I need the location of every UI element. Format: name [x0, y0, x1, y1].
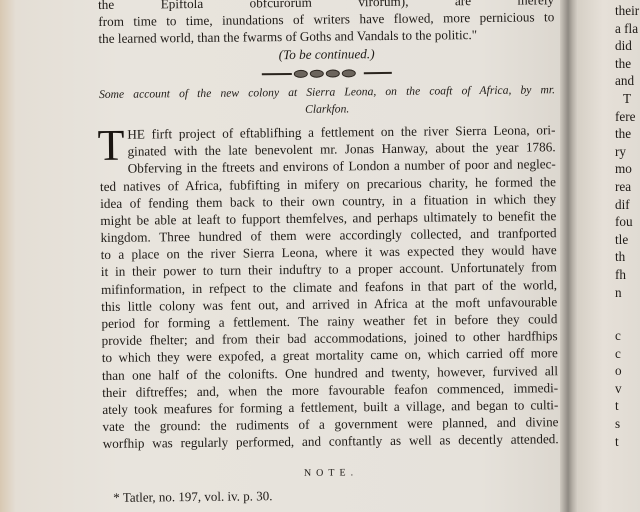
right-fragment: s	[615, 415, 639, 433]
bead-ornament-icon	[294, 69, 308, 77]
right-fragment: rea	[615, 178, 639, 196]
divider-rule-right	[364, 71, 392, 73]
note-title: NOTE.	[103, 462, 559, 485]
left-page-text: the Epiftola obfcurorum virorum), are me…	[98, 0, 559, 506]
right-fragment: t	[615, 397, 639, 415]
right-fragment: the	[615, 125, 639, 143]
right-fragment: tle	[615, 231, 639, 249]
ornamental-divider	[262, 68, 392, 77]
right-fragment: did	[615, 37, 639, 55]
right-fragment: th	[615, 248, 639, 266]
right-fragment: c	[615, 345, 639, 363]
article-body: T HE firft project of eftablifhing a fet…	[99, 121, 558, 452]
right-fragment: T	[615, 90, 639, 108]
right-fragment: o	[615, 362, 639, 380]
divider-beads	[294, 69, 356, 78]
right-fragment: c	[615, 327, 639, 345]
right-fragment: ry	[615, 143, 639, 161]
right-fragment: and	[615, 72, 639, 90]
book-gutter	[560, 0, 578, 512]
bead-ornament-icon	[326, 69, 340, 77]
right-page-text-fragments: their a fla did the and T fere the ry mo…	[615, 2, 639, 450]
right-fragment: mo	[615, 160, 639, 178]
bead-ornament-icon	[310, 69, 324, 77]
dropcap-letter: T	[97, 129, 124, 163]
right-fragment: v	[615, 380, 639, 398]
body-line: worfhip was regularly performed, and con…	[103, 431, 559, 453]
right-fragment: fere	[615, 108, 639, 126]
divider-rule-left	[262, 73, 292, 75]
right-fragment: fh	[615, 266, 639, 284]
bead-ornament-icon	[342, 69, 356, 77]
right-fragment: n	[615, 284, 639, 302]
right-fragment: dif	[615, 196, 639, 214]
right-fragment-gap	[615, 301, 639, 327]
right-fragment: t	[615, 433, 639, 451]
right-fragment: a fla	[615, 20, 639, 38]
right-fragment: the	[615, 55, 639, 73]
right-fragment: their	[615, 2, 639, 20]
article-heading: Some account of the new colony at Sierra…	[99, 81, 555, 120]
right-fragment: fou	[615, 213, 639, 231]
